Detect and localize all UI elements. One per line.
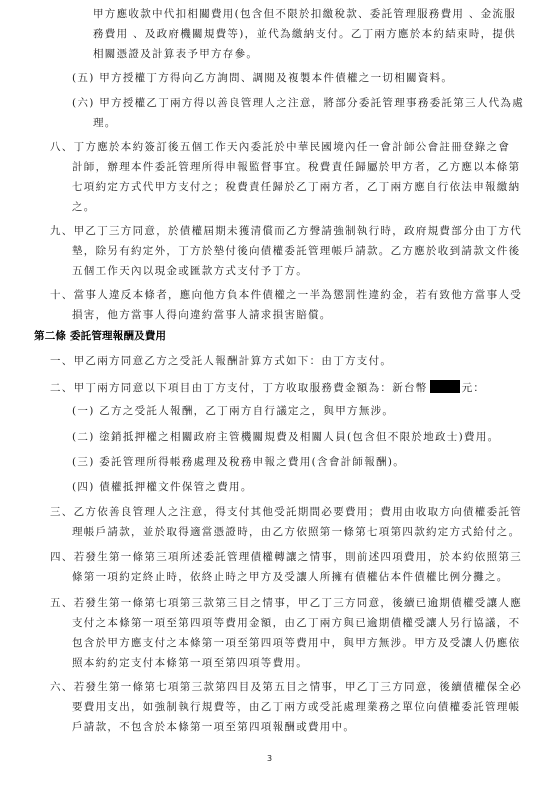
- article-2-item-1: 一、甲乙兩方同意乙方之受託人報酬計算方式如下：由丁方支付。: [50, 355, 392, 368]
- clause-8-cont: 計師，辦理本件委託管理所得申報監督事宜。稅費責任歸屬於甲方者，乙方應以本條第: [72, 161, 520, 174]
- sub-item-5: (五) 甲方授權丁方得向乙方詢問、調閱及複製本件債權之一切相關資料。: [72, 72, 453, 85]
- clause-8-cont: 七項約定方式代甲方支付之；稅費責任歸於乙丁兩方者，乙丁兩方應自行依法申報繳納: [72, 181, 520, 194]
- clause-9-cont: 墊，除另有約定外，丁方於墊付後向債權委託管理帳戶請款。乙方應於收到請款文件後: [72, 245, 520, 258]
- clause-8-cont: 之。: [72, 201, 96, 214]
- article-2-item-3-cont: 理帳戶請款，並於取得適當憑證時，由乙方依照第一條第七項第四款約定方式給付之。: [72, 526, 520, 539]
- article-2-item-4: 四、若發生第一條第三項所述委託管理債權轉讓之情事，則前述四項費用，於本約依照第三: [50, 551, 522, 564]
- clause-10-cont: 損害，他方當事人得向違約當事人請求損害賠償。: [72, 309, 332, 322]
- article-2-item-2: 二、甲丁兩方同意以下項目由丁方支付，丁方收取服務費金額為：新台幣元：: [50, 380, 485, 395]
- document-page: 甲方應收款中代扣相關費用(包含但不限於扣繳稅款、委託管理服務費用 、金流服 務費…: [0, 0, 545, 795]
- article-2-item-5-cont: 包含於甲方應支付之本條第一項至第四項等費用中，與甲方無涉。甲方及受讓人仍應依: [72, 637, 520, 650]
- article-2-item-6: 六、若發生第一條第七項第三款第四目及第五目之情事，甲乙丁三方同意，後續債權保全必: [50, 681, 522, 694]
- article-2-item-6-cont: 戶請款，不包含於本條第一項至第四項報酬或費用中。: [72, 721, 355, 734]
- sub-item-6: (六) 甲方授權乙丁兩方得以善良管理人之注意，將部分委託管理事務委託第三人代為處: [72, 97, 524, 110]
- article-2-heading: 第二條 委託管理報酬及費用: [34, 330, 166, 343]
- article-2-item-3: 三、乙方依善良管理人之注意，得支付其他受託期間必要費用；費用由收取方向債權委託管: [50, 506, 522, 519]
- redacted-amount: [430, 380, 460, 393]
- article-2-sub-1: (一) 乙方之受託人報酬，乙丁兩方自行議定之，與甲方無涉。: [72, 405, 394, 418]
- clause-9: 九、甲乙丁三方同意，於債權屆期未獲清償而乙方聲請強制執行時，政府規費部分由丁方代: [50, 225, 522, 238]
- sub-item-6-cont: 理。: [93, 117, 117, 130]
- item-2-text: 二、甲丁兩方同意以下項目由丁方支付，丁方收取服務費金額為：新台幣: [50, 382, 428, 394]
- article-2-sub-4: (四) 債權抵押權文件保管之費用。: [72, 481, 253, 494]
- article-2-sub-3: (三) 委託管理所得帳務處理及稅務申報之費用(含會計師報酬)。: [72, 456, 405, 469]
- article-2-item-4-cont: 條第一項約定終止時，依終止時之甲方及受讓人所擁有債權佔本件債權比例分攤之。: [72, 571, 509, 584]
- clause-8: 八、丁方應於本約簽訂後五個工作天內委託於中華民國境內任一會計師公會註冊登錄之會: [50, 141, 510, 154]
- article-2-item-5: 五、若發生第一條第七項第三款第三目之情事，甲乙丁三方同意，後續已逾期債權受讓人應: [50, 597, 522, 610]
- article-2-item-5-cont: 照本約約定支付本條第一項至第四項等費用。: [72, 657, 308, 670]
- page-number: 3: [267, 754, 272, 763]
- article-2-item-5-cont: 支付之本條第一項至第四項等費用金額，由乙丁兩方與已逾期債權受讓人另行協議，不: [72, 617, 520, 630]
- article-2-item-6-cont: 要費用支出，如強制執行規費等，由乙丁兩方或受託處理業務之單位向債權委託管理帳: [72, 701, 520, 714]
- item-2-suffix: 元：: [462, 382, 486, 394]
- paragraph-line: 務費用 、及政府機關規費等)，並代為繳納支付。乙丁兩方應於本約結束時，提供: [93, 28, 516, 41]
- paragraph-line: 甲方應收款中代扣相關費用(包含但不限於扣繳稅款、委託管理服務費用 、金流服: [93, 8, 516, 21]
- paragraph-line: 相關憑證及計算表予甲方存參。: [93, 48, 258, 61]
- clause-10: 十、當事人違反本條者，應向他方負本件債權之一半為懲罰性違約金，若有致他方當事人受: [50, 289, 522, 302]
- article-2-sub-2: (二) 塗銷抵押權之相關政府主管機關規費及相關人員(包含但不限於地政士)費用。: [72, 431, 499, 444]
- clause-9-cont: 五個工作天內以現金或匯款方式支付予丁方。: [72, 265, 308, 278]
